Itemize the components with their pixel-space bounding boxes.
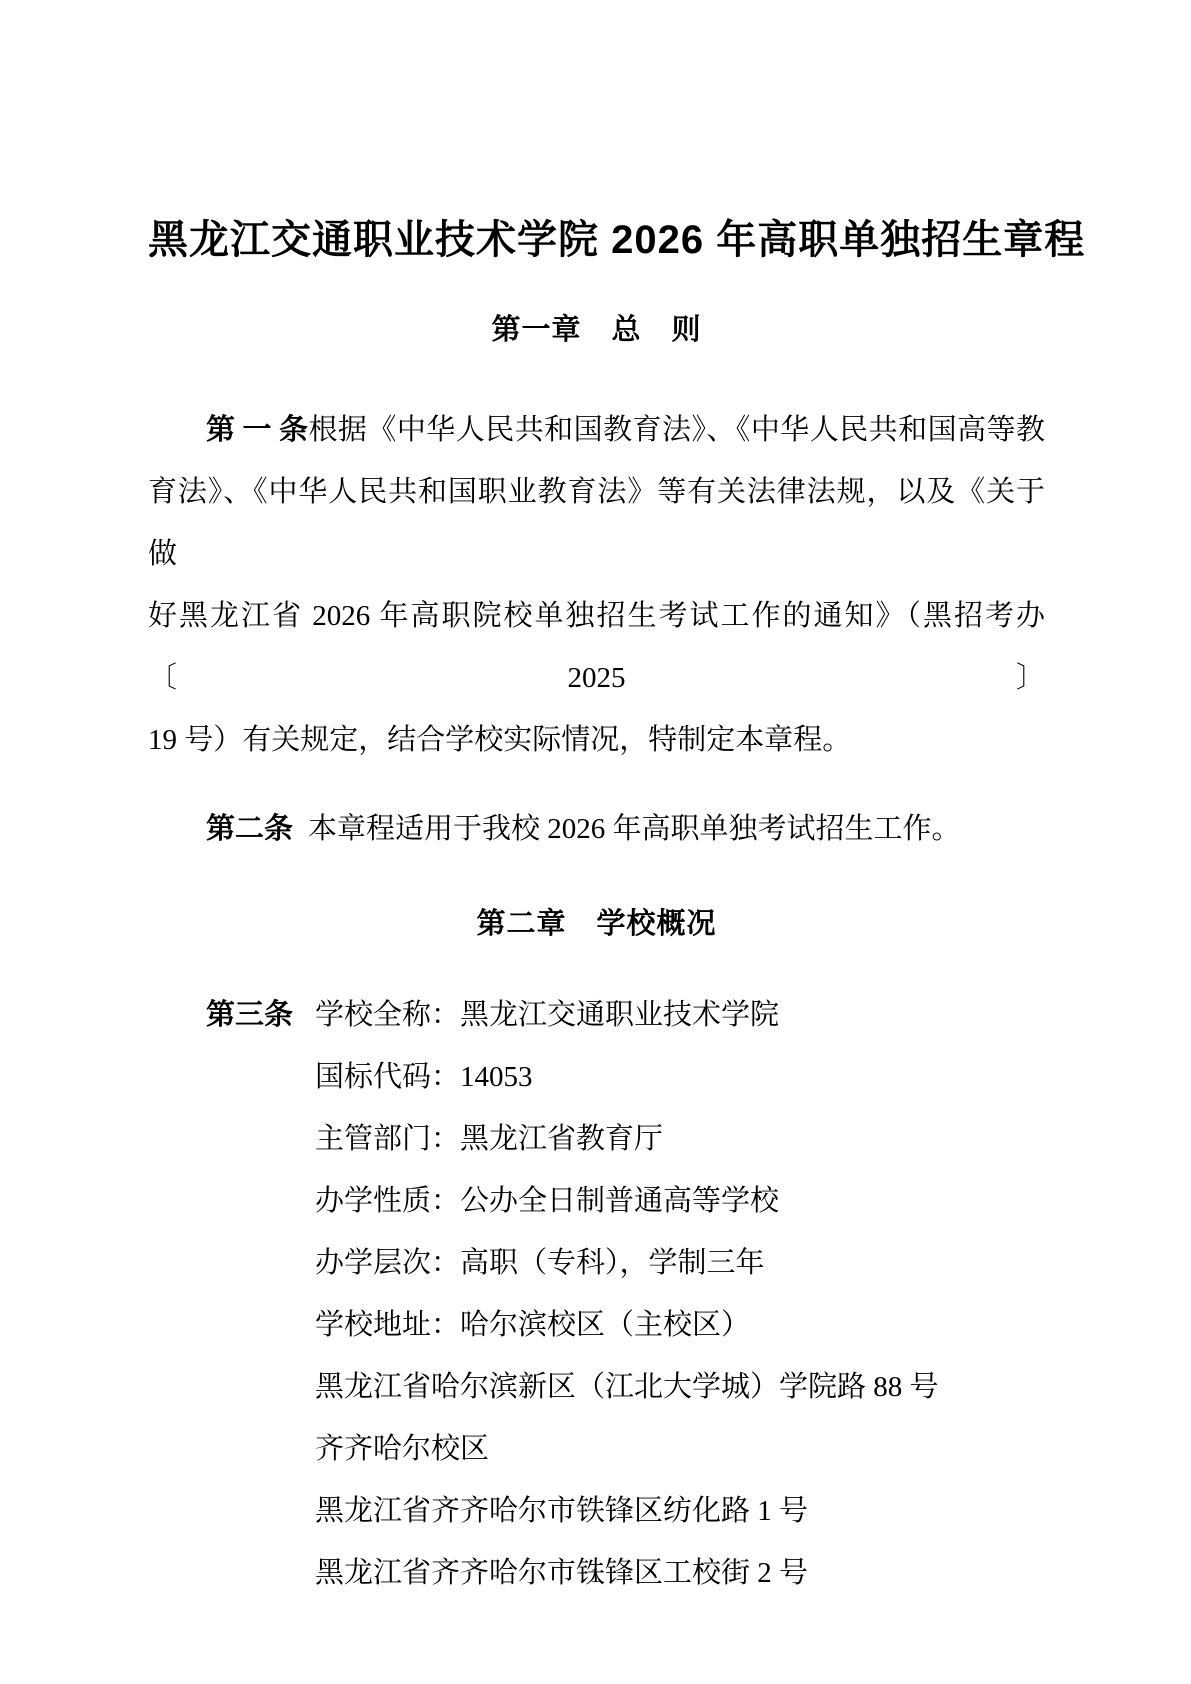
qiqihar-campus-line: 齐齐哈尔校区	[148, 1418, 1045, 1480]
paragraph-text: 本章程适用于我校 2026 年高职单独考试招生工作。	[308, 813, 961, 845]
page-number: 1	[0, 1562, 1191, 1588]
article-1-paragraph: 第一条根据《中华人民共和国教育法》、《中华人民共和国高等教 育法》、《中华人民共…	[148, 399, 1045, 771]
paragraph-text: 根据《中华人民共和国教育法》、《中华人民共和国高等教	[308, 414, 1045, 446]
school-address-line: 学校地址：哈尔滨校区（主校区）	[148, 1294, 1045, 1356]
article-2-label: 第二条	[206, 798, 308, 860]
supervisor-line: 主管部门：黑龙江省教育厅	[148, 1108, 1045, 1170]
paragraph-line: 育法》、《中华人民共和国职业教育法》等有关法律法规，以及《关于做	[148, 461, 1045, 585]
document-page: 黑龙江交通职业技术学院 2026 年高职单独招生章程 第一章 总 则 第一条根据…	[0, 0, 1191, 1684]
qiqihar-address-1-line: 黑龙江省齐齐哈尔市铁锋区纺化路 1 号	[148, 1480, 1045, 1542]
article-2-paragraph: 第二条本章程适用于我校 2026 年高职单独考试招生工作。	[148, 798, 1045, 860]
article-3-label: 第三条	[206, 984, 315, 1046]
article-3-paragraph: 第三条学校全称：黑龙江交通职业技术学院 国标代码：14053 主管部门：黑龙江省…	[148, 984, 1045, 1604]
chapter-2-heading: 第二章 学校概况	[148, 906, 1045, 942]
document-title: 黑龙江交通职业技术学院 2026 年高职单独招生章程	[148, 216, 1045, 264]
chapter-1-heading: 第一章 总 则	[148, 312, 1045, 348]
school-code-line: 国标代码：14053	[148, 1046, 1045, 1108]
paragraph-line: 第三条学校全称：黑龙江交通职业技术学院	[148, 984, 1045, 1046]
school-nature-line: 办学性质：公办全日制普通高等学校	[148, 1170, 1045, 1232]
harbin-campus-address-line: 黑龙江省哈尔滨新区（江北大学城）学院路 88 号	[148, 1356, 1045, 1418]
paragraph-line: 第一条根据《中华人民共和国教育法》、《中华人民共和国高等教	[148, 399, 1045, 461]
article-1-label: 第一条	[206, 399, 308, 461]
paragraph-line: 19 号）有关规定，结合学校实际情况，特制定本章程。	[148, 709, 1045, 771]
paragraph-line: 好黑龙江省 2026 年高职院校单独招生考试工作的通知》（黑招考办〔2025〕	[148, 585, 1045, 709]
school-level-line: 办学层次：高职（专科），学制三年	[148, 1232, 1045, 1294]
school-full-name-line: 学校全称：黑龙江交通职业技术学院	[315, 999, 779, 1031]
paragraph-line: 第二条本章程适用于我校 2026 年高职单独考试招生工作。	[148, 798, 1045, 860]
